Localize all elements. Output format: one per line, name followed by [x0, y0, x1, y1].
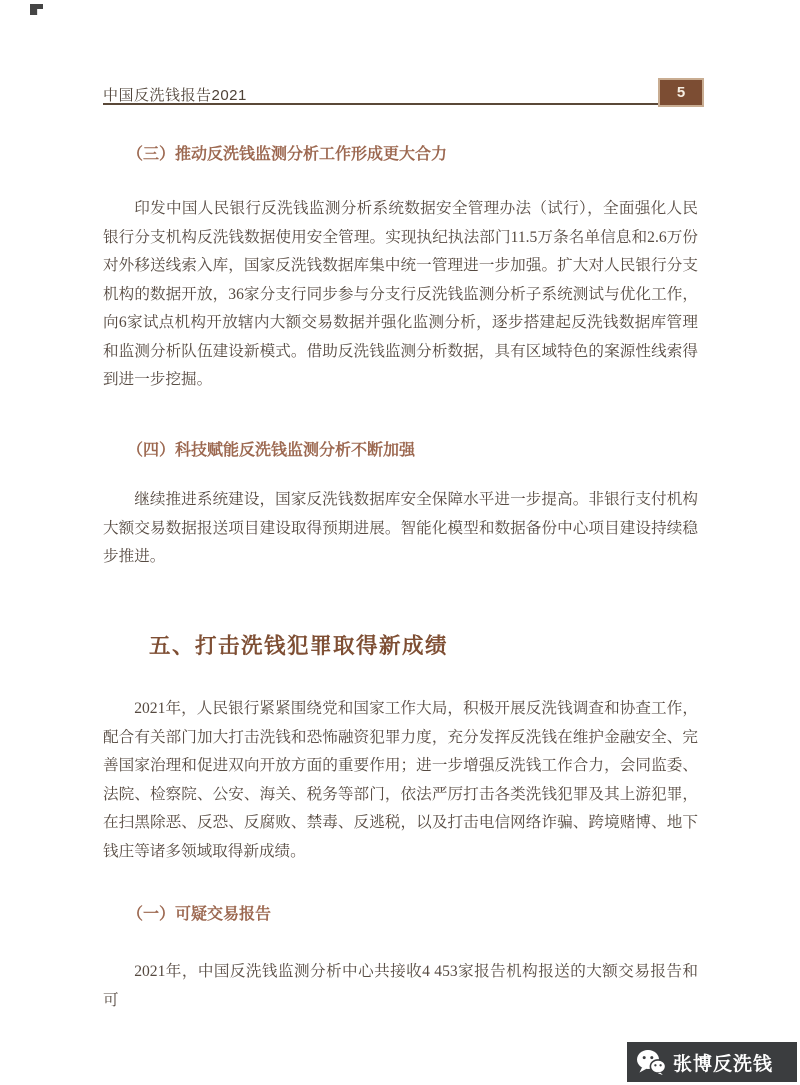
section-4-heading: （四）科技赋能反洗钱监测分析不断加强: [127, 437, 415, 460]
section-1-heading: （一）可疑交易报告: [127, 901, 271, 924]
report-page: 中国反洗钱报告2021 5 （三）推动反洗钱监测分析工作形成更大合力 印发中国人…: [0, 0, 800, 1085]
section-3-paragraph: 印发中国人民银行反洗钱监测分析系统数据安全管理办法（试行），全面强化人民银行分支…: [103, 195, 698, 395]
corner-artifact: [30, 4, 43, 15]
channel-watermark: 张博反洗钱: [627, 1042, 797, 1082]
page-number-badge: 5: [658, 78, 704, 107]
watermark-label: 张博反洗钱: [673, 1049, 773, 1076]
header-running-title: 中国反洗钱报告2021: [103, 84, 247, 105]
page-number: 5: [677, 84, 685, 101]
wechat-icon: [636, 1049, 666, 1075]
chapter-5-paragraph: 2021年，人民银行紧紧围绕党和国家工作大局，积极开展反洗钱调查和协查工作，配合…: [103, 695, 698, 866]
section-3-heading: （三）推动反洗钱监测分析工作形成更大合力: [127, 141, 447, 164]
chapter-5-heading: 五、打击洗钱犯罪取得新成绩: [149, 629, 448, 660]
section-1-paragraph: 2021年，中国反洗钱监测分析中心共接收4 453家报告机构报送的大额交易报告和…: [103, 958, 698, 1015]
section-4-paragraph: 继续推进系统建设，国家反洗钱数据库安全保障水平进一步提高。非银行支付机构大额交易…: [103, 486, 698, 572]
header-rule: [103, 103, 704, 105]
